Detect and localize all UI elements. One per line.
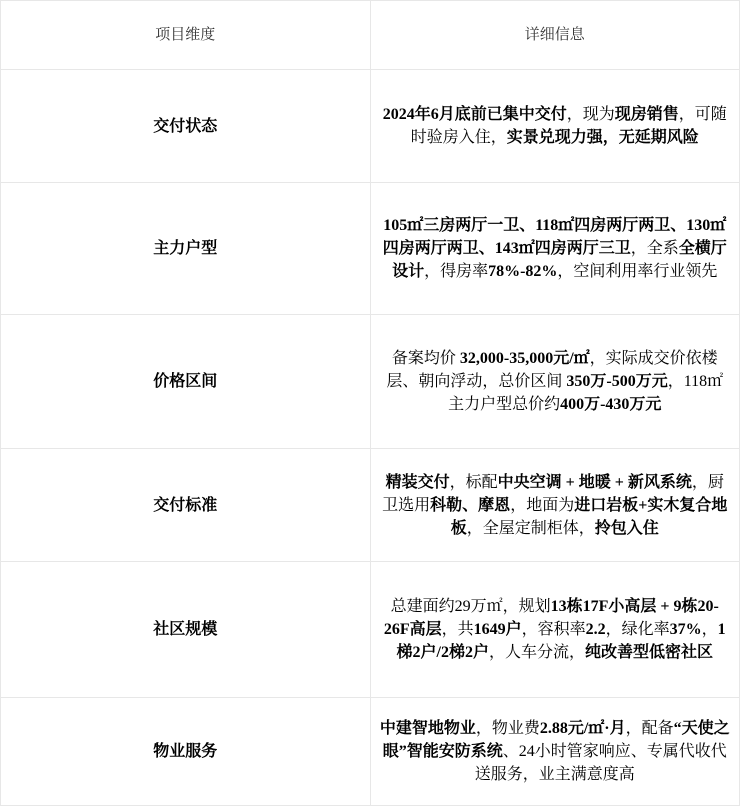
header-detail-column: 详细信息 xyxy=(371,1,740,69)
detail-segment: ，绿化率 xyxy=(606,621,670,638)
detail-text: 2024年6月底前已集中交付，现为现房销售，可随时验房入住，实景兑现力强，无延期… xyxy=(379,103,732,149)
row-delivery-standard-dimension: 交付标准 xyxy=(1,449,370,561)
detail-segment: ，物业费 xyxy=(476,720,540,737)
detail-segment: ，配备 xyxy=(626,720,674,737)
row-property-service-dimension: 物业服务 xyxy=(1,698,370,805)
detail-segment-bold: 精装交付 xyxy=(386,474,450,491)
detail-segment: ，共 xyxy=(442,621,474,638)
row-community-scale-detail: 总建面约29万㎡，规划13栋17F小高层 + 9栋20-26F高层，共1649户… xyxy=(371,562,740,697)
detail-segment: ，现为 xyxy=(567,106,615,123)
detail-segment-bold: 纯改善型低密社区 xyxy=(585,644,713,661)
page: 项目维度 详细信息 交付状态 2024年6月底前已集中交付，现为现房销售，可随时… xyxy=(0,0,740,806)
detail-segment: ，得房率 xyxy=(424,263,488,280)
detail-segment: ，空间利用率行业领先 xyxy=(557,263,717,280)
row-unit-types-dimension: 主力户型 xyxy=(1,183,370,314)
row-community-scale-dimension: 社区规模 xyxy=(1,562,370,697)
detail-segment-bold: 2024年6月底前已集中交付 xyxy=(383,106,567,123)
row-delivery-standard-detail: 精装交付，标配中央空调 + 地暖 + 新风系统，厨卫选用科勒、摩恩，地面为进口岩… xyxy=(371,449,740,561)
detail-segment: 备案均价 xyxy=(392,350,460,367)
project-info-table: 项目维度 详细信息 交付状态 2024年6月底前已集中交付，现为现房销售，可随时… xyxy=(0,0,740,806)
header-dimension-column: 项目维度 xyxy=(1,1,370,69)
detail-text: 中建智地物业，物业费2.88元/㎡·月，配备“天使之眼”智能安防系统、24小时管… xyxy=(379,717,732,786)
detail-segment: ，容积率 xyxy=(522,621,586,638)
detail-segment-bold: 350万-500万元 xyxy=(566,373,667,390)
detail-segment-bold: 实景兑现力强，无延期风险 xyxy=(507,129,699,146)
row-delivery-status-dimension: 交付状态 xyxy=(1,70,370,182)
row-price-range-detail: 备案均价 32,000-35,000元/㎡，实际成交价依楼层、朝向浮动，总价区间… xyxy=(371,315,740,448)
detail-segment-bold: 中央空调 + 地暖 + 新风系统 xyxy=(498,474,692,491)
detail-segment-bold: 中建智地物业 xyxy=(380,720,476,737)
detail-text: 105㎡三房两厅一卫、118㎡四房两厅两卫、130㎡四房两厅两卫、143㎡四房两… xyxy=(379,214,732,283)
row-price-range-dimension: 价格区间 xyxy=(1,315,370,448)
detail-text: 总建面约29万㎡，规划13栋17F小高层 + 9栋20-26F高层，共1649户… xyxy=(379,595,732,664)
detail-segment: ，人车分流， xyxy=(489,644,585,661)
detail-segment: ，标配 xyxy=(450,474,498,491)
detail-segment-bold: 现房销售 xyxy=(615,106,679,123)
detail-segment-bold: 科勒、摩恩 xyxy=(430,497,510,514)
detail-segment: ，全屋定制柜体， xyxy=(467,520,595,537)
detail-segment-bold: 2.88元/㎡·月 xyxy=(540,720,626,737)
detail-segment-bold: 37% xyxy=(670,621,702,638)
row-unit-types-detail: 105㎡三房两厅一卫、118㎡四房两厅两卫、130㎡四房两厅两卫、143㎡四房两… xyxy=(371,183,740,314)
detail-segment: ，全系 xyxy=(631,240,679,257)
detail-segment-bold: 2.2 xyxy=(586,621,606,638)
detail-segment-bold: 1649户 xyxy=(474,621,522,638)
detail-text: 精装交付，标配中央空调 + 地暖 + 新风系统，厨卫选用科勒、摩恩，地面为进口岩… xyxy=(379,471,732,540)
detail-text: 备案均价 32,000-35,000元/㎡，实际成交价依楼层、朝向浮动，总价区间… xyxy=(379,347,732,416)
detail-segment: 总建面约29万㎡，规划 xyxy=(391,598,551,615)
row-delivery-status-detail: 2024年6月底前已集中交付，现为现房销售，可随时验房入住，实景兑现力强，无延期… xyxy=(371,70,740,182)
detail-segment-bold: 拎包入住 xyxy=(595,520,659,537)
detail-segment: ， xyxy=(702,621,718,638)
detail-segment-bold: 78%-82% xyxy=(488,263,557,280)
row-property-service-detail: 中建智地物业，物业费2.88元/㎡·月，配备“天使之眼”智能安防系统、24小时管… xyxy=(371,698,740,805)
detail-segment: ，地面为 xyxy=(510,497,574,514)
detail-segment: 、24小时管家响应、专属代收代送服务，业主满意度高 xyxy=(475,743,727,783)
detail-segment-bold: 32,000-35,000元/㎡ xyxy=(460,350,590,367)
detail-segment-bold: 400万-430万元 xyxy=(560,396,661,413)
